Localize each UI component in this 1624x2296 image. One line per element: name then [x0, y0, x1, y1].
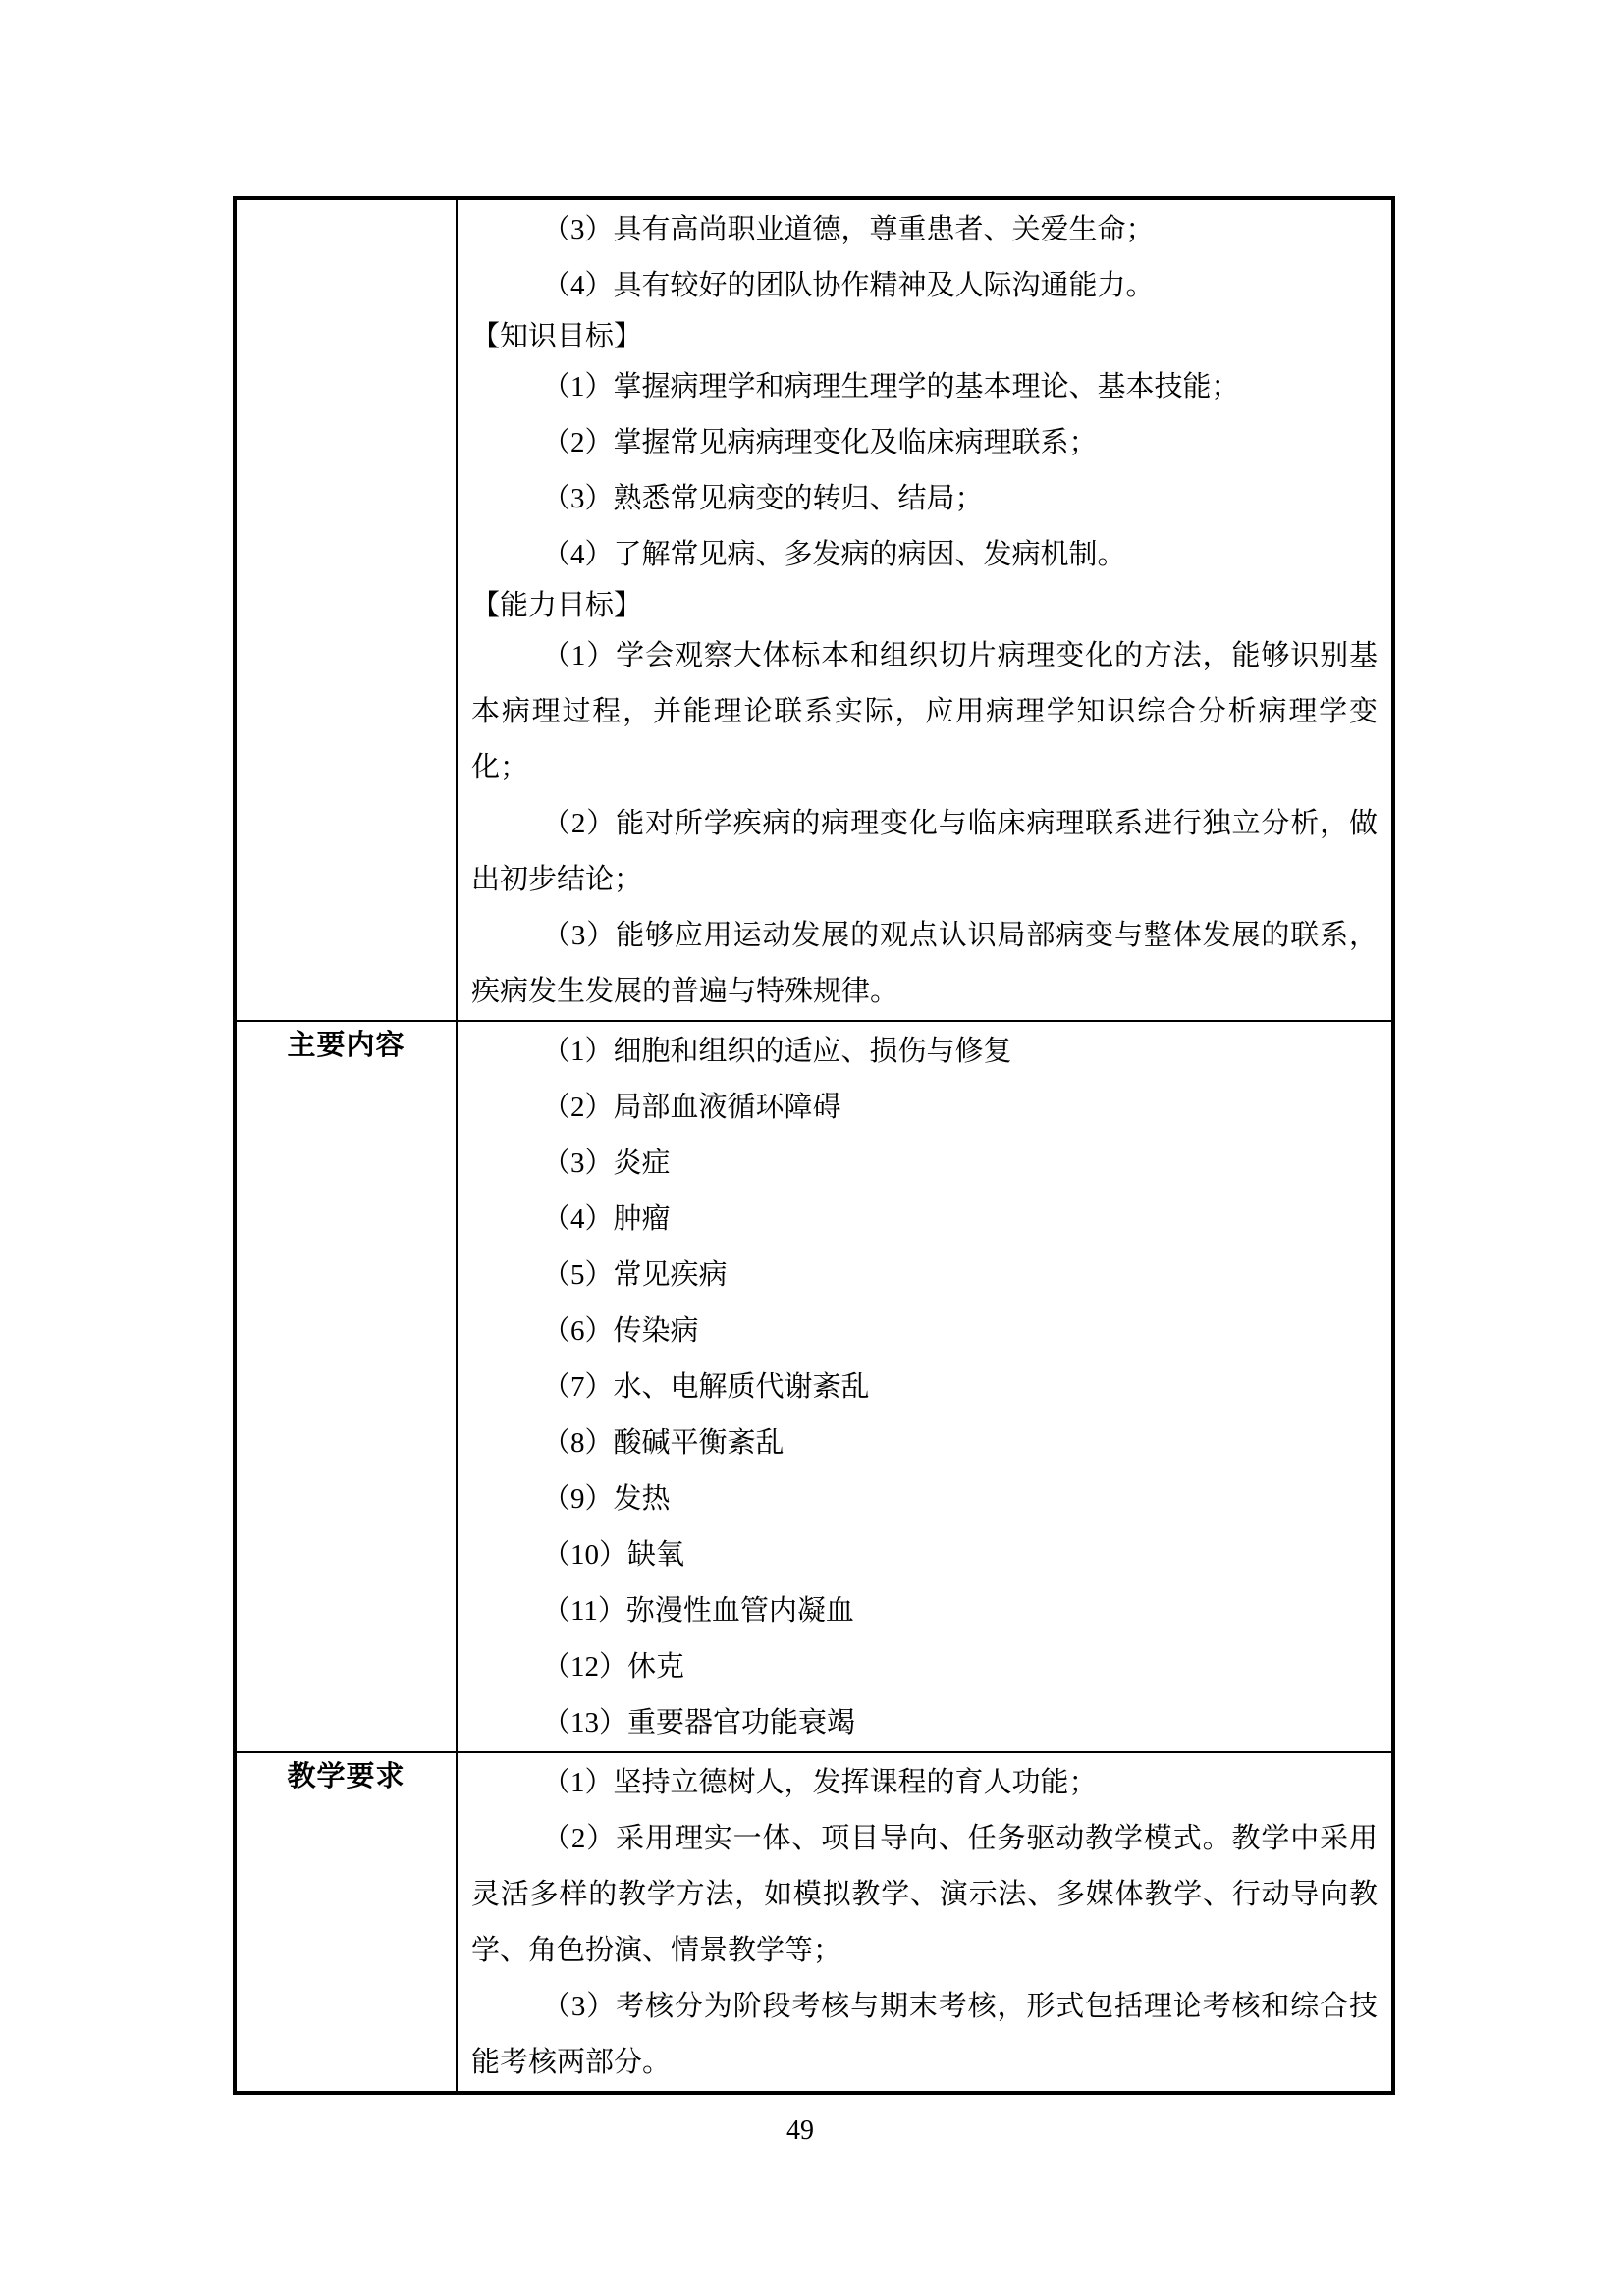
objective-item: （4）具有较好的团队协作精神及人际沟通能力。 — [471, 258, 1378, 314]
row-label-main-content: 主要内容 — [235, 1021, 457, 1752]
content-item: （5）常见疾病 — [471, 1248, 1378, 1304]
course-syllabus-table: （3）具有高尚职业道德，尊重患者、关爱生命； （4）具有较好的团队协作精神及人际… — [233, 196, 1395, 2095]
row-content-cell-main-content: （1）细胞和组织的适应、损伤与修复 （2）局部血液循环障碍 （3）炎症 （4）肿… — [457, 1021, 1393, 1752]
table-row-objectives: （3）具有高尚职业道德，尊重患者、关爱生命； （4）具有较好的团队协作精神及人际… — [235, 198, 1393, 1021]
content-item: （8）酸碱平衡紊乱 — [471, 1415, 1378, 1471]
requirement-item: （1）坚持立德树人，发挥课程的育人功能； — [471, 1755, 1378, 1811]
objective-item: （1）掌握病理学和病理生理学的基本理论、基本技能； — [471, 359, 1378, 415]
document-page: （3）具有高尚职业道德，尊重患者、关爱生命； （4）具有较好的团队协作精神及人际… — [0, 0, 1624, 2296]
content-item: （1）细胞和组织的适应、损伤与修复 — [471, 1024, 1378, 1080]
content-item: （2）局部血液循环障碍 — [471, 1080, 1378, 1136]
content-item: （12）休克 — [471, 1639, 1378, 1695]
table-row-teaching-requirements: 教学要求 （1）坚持立德树人，发挥课程的育人功能； （2）采用理实一体、项目导向… — [235, 1752, 1393, 2093]
row-content-cell-objectives: （3）具有高尚职业道德，尊重患者、关爱生命； （4）具有较好的团队协作精神及人际… — [457, 198, 1393, 1021]
objective-item: （3）熟悉常见病变的转归、结局； — [471, 471, 1378, 527]
table-row-main-content: 主要内容 （1）细胞和组织的适应、损伤与修复 （2）局部血液循环障碍 （3）炎症… — [235, 1021, 1393, 1752]
page-number: 49 — [0, 2114, 1600, 2148]
content-item: （10）缺氧 — [471, 1527, 1378, 1583]
content-item: （3）炎症 — [471, 1136, 1378, 1192]
objective-item: （2）能对所学疾病的病理变化与临床病理联系进行独立分析，做出初步结论； — [471, 796, 1378, 908]
objective-item: （3）能够应用运动发展的观点认识局部病变与整体发展的联系，疾病发生发展的普遍与特… — [471, 908, 1378, 1020]
content-item: （11）弥漫性血管内凝血 — [471, 1583, 1378, 1639]
row-label-teaching-requirements: 教学要求 — [235, 1752, 457, 2093]
section-header-knowledge-goals: 【知识目标】 — [471, 314, 1378, 359]
requirement-item: （2）采用理实一体、项目导向、任务驱动教学模式。教学中采用灵活多样的教学方法，如… — [471, 1811, 1378, 1979]
content-item: （4）肿瘤 — [471, 1192, 1378, 1248]
objective-item: （2）掌握常见病病理变化及临床病理联系； — [471, 415, 1378, 471]
requirement-item: （3）考核分为阶段考核与期末考核，形式包括理论考核和综合技能考核两部分。 — [471, 1979, 1378, 2091]
row-content-cell-teaching-requirements: （1）坚持立德树人，发挥课程的育人功能； （2）采用理实一体、项目导向、任务驱动… — [457, 1752, 1393, 2093]
content-item: （9）发热 — [471, 1471, 1378, 1527]
objective-item: （3）具有高尚职业道德，尊重患者、关爱生命； — [471, 202, 1378, 258]
content-item: （6）传染病 — [471, 1304, 1378, 1360]
section-header-ability-goals: 【能力目标】 — [471, 583, 1378, 628]
objective-item: （1）学会观察大体标本和组织切片病理变化的方法，能够识别基本病理过程，并能理论联… — [471, 628, 1378, 796]
content-item: （13）重要器官功能衰竭 — [471, 1695, 1378, 1751]
row-label-cell-empty — [235, 198, 457, 1021]
objective-item: （4）了解常见病、多发病的病因、发病机制。 — [471, 527, 1378, 583]
content-item: （7）水、电解质代谢紊乱 — [471, 1360, 1378, 1415]
